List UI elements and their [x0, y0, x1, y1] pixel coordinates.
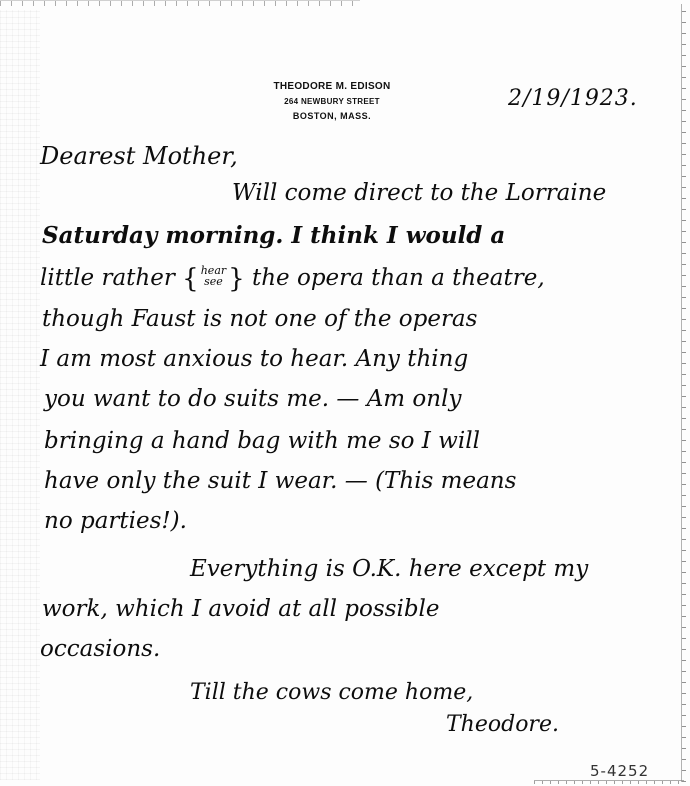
body-line: Everything is O.K. here except my — [190, 556, 588, 582]
scan-ruler-top — [0, 0, 360, 6]
letter-date: 2/19/1923. — [508, 86, 638, 111]
body-text: the opera than a theatre, — [252, 265, 545, 291]
scan-ruler-right — [681, 4, 686, 782]
body-line: occasions. — [40, 636, 160, 662]
body-line: Saturday morning. I think I would a — [42, 222, 505, 249]
body-line: bringing a hand bag with me so I will — [44, 428, 480, 454]
body-text: little rather — [40, 265, 175, 291]
letterhead: THEODORE M. EDISON 264 NEWBURY STREET BO… — [262, 82, 402, 121]
body-line: no parties!). — [44, 508, 187, 534]
choice-bottom: see — [204, 275, 223, 288]
body-line: I am most anxious to hear. Any thing — [40, 346, 468, 372]
body-line: have only the suit I wear. — (This means — [44, 468, 516, 494]
left-brace: { — [182, 264, 199, 294]
scan-edge-texture — [0, 10, 40, 780]
closing: Till the cows come home, — [190, 680, 473, 705]
body-line: little rather {hearsee} the opera than a… — [40, 264, 545, 294]
body-line: though Faust is not one of the operas — [42, 306, 477, 332]
body-line: Will come direct to the Lorraine — [232, 180, 606, 206]
archive-number: 5-4252 — [590, 762, 649, 780]
signature: Theodore. — [446, 712, 559, 737]
letterhead-city: BOSTON, MASS. — [262, 112, 402, 121]
letter-page: THEODORE M. EDISON 264 NEWBURY STREET BO… — [0, 0, 690, 786]
scan-ruler-bottom — [534, 780, 684, 784]
word-choice: hearsee — [201, 265, 226, 287]
body-line: work, which I avoid at all possible — [42, 596, 440, 622]
right-brace: } — [228, 264, 245, 294]
letterhead-name: THEODORE M. EDISON — [262, 82, 402, 92]
salutation: Dearest Mother, — [40, 142, 238, 170]
letterhead-street: 264 NEWBURY STREET — [262, 98, 402, 106]
body-line: you want to do suits me. — Am only — [44, 386, 461, 412]
